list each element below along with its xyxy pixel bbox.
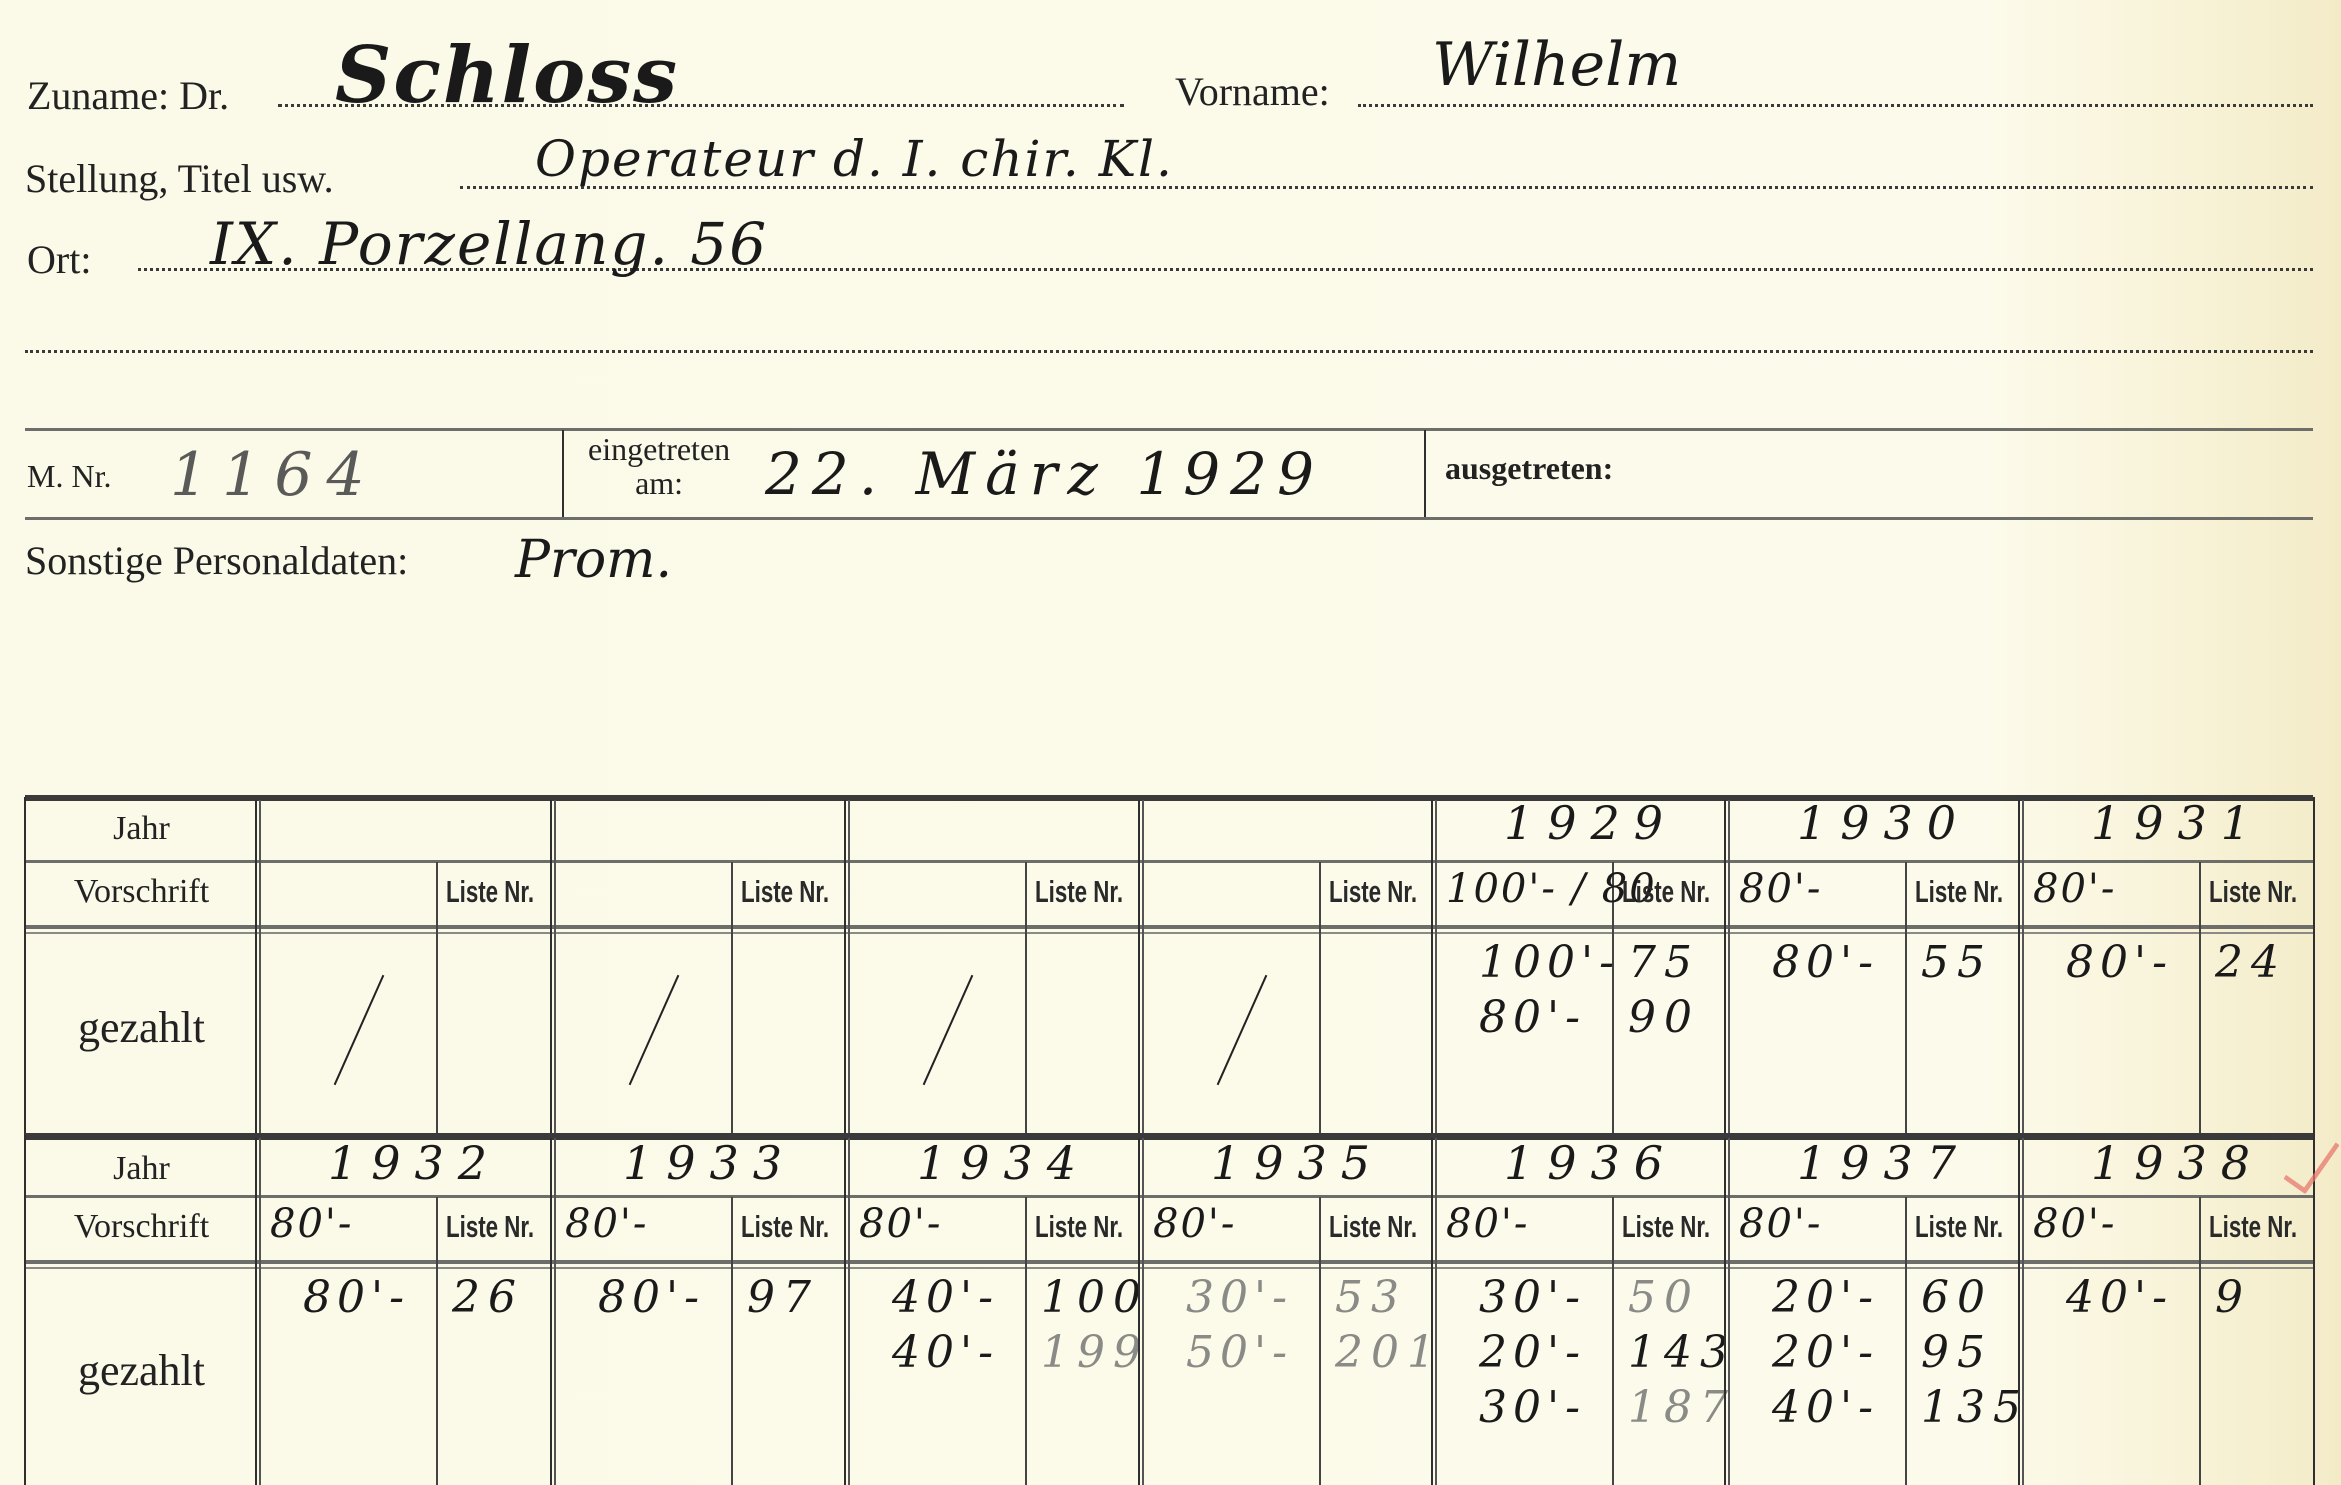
list-number-header: Liste Nr. (1915, 1209, 2003, 1245)
position-value[interactable]: Operateur d. I. chir. Kl. (535, 130, 1174, 188)
list-number-value[interactable]: 100 (1041, 1272, 1149, 1323)
table-rule-year (25, 860, 2313, 863)
prescribed-value[interactable]: 80'- (565, 1201, 648, 1247)
member-row-divider-2 (1424, 430, 1426, 518)
list-column-divider (2199, 1197, 2201, 1485)
row-label-year: Jahr (25, 810, 258, 848)
table-rule-prescribed-inner (25, 1267, 2313, 1269)
crossed-out-slash (629, 975, 680, 1085)
list-number-header: Liste Nr. (446, 1209, 534, 1245)
joined-value[interactable]: 22. März 1929 (765, 440, 1324, 508)
prescribed-value[interactable]: 80'- (270, 1201, 353, 1247)
year-value[interactable]: 1936 (1504, 1136, 1677, 1190)
paid-amount[interactable]: 80'- (1479, 992, 1586, 1043)
year-value[interactable]: 1929 (1504, 796, 1677, 850)
paid-amount[interactable]: 40'- (892, 1327, 999, 1378)
year-value[interactable]: 1932 (328, 1136, 501, 1190)
table-rule-prescribed (25, 925, 2313, 929)
list-number-header: Liste Nr. (1035, 1209, 1123, 1245)
paid-amount[interactable]: 80'- (598, 1272, 705, 1323)
paid-amount[interactable]: 80'- (1772, 937, 1879, 988)
prescribed-value[interactable]: 80'- (2033, 866, 2116, 912)
list-column-divider (436, 862, 438, 1135)
paid-amount[interactable]: 30'- (1479, 1382, 1586, 1433)
group-divider (1138, 800, 1144, 1135)
place-value[interactable]: IX. Porzellang. 56 (210, 210, 768, 278)
list-number-header: Liste Nr. (741, 874, 829, 910)
list-column-divider (1319, 862, 1321, 1135)
year-value[interactable]: 1933 (623, 1136, 796, 1190)
year-value[interactable]: 1934 (917, 1136, 1090, 1190)
list-number-value[interactable]: 9 (2215, 1272, 2251, 1323)
joined-label: eingetreten am: (588, 432, 730, 500)
row-label-prescribed: Vorschrift (25, 1208, 258, 1246)
list-number-header: Liste Nr. (2209, 1209, 2297, 1245)
paid-amount[interactable]: 20'- (1772, 1272, 1879, 1323)
joined-label-line1: eingetreten (588, 432, 730, 466)
group-divider (1431, 1138, 1437, 1485)
list-number-value[interactable]: 53 (1335, 1272, 1407, 1323)
firstname-label: Vorname: (1175, 68, 1330, 115)
left-label: ausgetreten: (1445, 450, 1613, 487)
paid-amount[interactable]: 40'- (1772, 1382, 1879, 1433)
year-value[interactable]: 1935 (1211, 1136, 1384, 1190)
paid-amount[interactable]: 50'- (1186, 1327, 1293, 1378)
list-column-divider (1025, 1197, 1027, 1485)
list-column-divider (1905, 1197, 1907, 1485)
group-divider (844, 1138, 850, 1485)
list-number-value[interactable]: 90 (1628, 992, 1700, 1043)
list-number-value[interactable]: 95 (1921, 1327, 1993, 1378)
other-value[interactable]: Prom. (515, 530, 672, 590)
firstname-line (1358, 104, 2313, 107)
paid-amount[interactable]: 100'- (1479, 937, 1620, 988)
list-number-header: Liste Nr. (2209, 874, 2297, 910)
list-number-header: Liste Nr. (1622, 874, 1710, 910)
list-number-header: Liste Nr. (1329, 1209, 1417, 1245)
list-column-divider (1905, 862, 1907, 1135)
member-no-label: M. Nr. (27, 458, 111, 495)
member-row-bottom-rule (25, 517, 2313, 520)
list-number-value[interactable]: 24 (2215, 937, 2287, 988)
list-number-header: Liste Nr. (1329, 874, 1417, 910)
list-number-header: Liste Nr. (446, 874, 534, 910)
paid-amount[interactable]: 40'- (2066, 1272, 2173, 1323)
joined-label-line2: am: (588, 466, 730, 500)
group-divider (255, 800, 261, 1135)
group-divider (1431, 800, 1437, 1135)
group-divider (255, 1138, 261, 1485)
blank-line (25, 350, 2313, 353)
paid-amount[interactable]: 80'- (303, 1272, 410, 1323)
group-divider (1724, 800, 1730, 1135)
member-row-top-rule (25, 428, 2313, 431)
list-column-divider (731, 1197, 733, 1485)
paid-amount[interactable]: 20'- (1479, 1327, 1586, 1378)
group-divider (844, 800, 850, 1135)
table-right-border (2313, 1135, 2315, 1485)
position-label: Stellung, Titel usw. (25, 155, 334, 202)
row-label-paid: gezahlt (25, 1002, 258, 1053)
list-number-value[interactable]: 201 (1335, 1327, 1443, 1378)
year-value[interactable]: 1938 (2091, 1136, 2264, 1190)
list-column-divider (436, 1197, 438, 1485)
list-number-value[interactable]: 55 (1921, 937, 1993, 988)
paid-amount[interactable]: 20'- (1772, 1327, 1879, 1378)
place-label: Ort: (27, 236, 91, 283)
paid-amount[interactable]: 40'- (892, 1272, 999, 1323)
row-label-year: Jahr (25, 1150, 258, 1188)
group-divider (2018, 1138, 2024, 1485)
list-number-header: Liste Nr. (741, 1209, 829, 1245)
year-value[interactable]: 1930 (1797, 796, 1970, 850)
prescribed-value[interactable]: 80'- (2033, 1201, 2116, 1247)
list-number-value[interactable]: 26 (452, 1272, 524, 1323)
list-number-header: Liste Nr. (1035, 874, 1123, 910)
year-value[interactable]: 1931 (2091, 796, 2264, 850)
list-number-value[interactable]: 97 (747, 1272, 819, 1323)
group-divider (2018, 800, 2024, 1135)
other-label: Sonstige Personaldaten: (25, 537, 408, 584)
table-rule-year (25, 1195, 2313, 1198)
list-column-divider (1612, 1197, 1614, 1485)
crossed-out-slash (923, 975, 974, 1085)
list-column-divider (1025, 862, 1027, 1135)
year-value[interactable]: 1937 (1797, 1136, 1970, 1190)
list-number-value[interactable]: 143 (1628, 1327, 1736, 1378)
group-divider (1138, 1138, 1144, 1485)
list-column-divider (731, 862, 733, 1135)
member-row-divider-1 (562, 430, 564, 518)
list-number-value[interactable]: 75 (1628, 937, 1700, 988)
prescribed-value[interactable]: 80'- (1739, 1201, 1822, 1247)
table-rule-prescribed (25, 1260, 2313, 1264)
list-number-value[interactable]: 60 (1921, 1272, 1993, 1323)
list-number-header: Liste Nr. (1622, 1209, 1710, 1245)
list-number-value[interactable]: 199 (1041, 1327, 1149, 1378)
paid-amount[interactable]: 30'- (1186, 1272, 1293, 1323)
list-column-divider (2199, 862, 2201, 1135)
prescribed-value[interactable]: 80'- (859, 1201, 942, 1247)
list-number-value[interactable]: 187 (1628, 1382, 1736, 1433)
list-column-divider (1319, 1197, 1321, 1485)
member-no-value[interactable]: 1164 (170, 440, 379, 510)
surname-value[interactable]: Schloss (335, 30, 679, 121)
paid-amount[interactable]: 80'- (2066, 937, 2173, 988)
table-rule-prescribed-inner (25, 932, 2313, 934)
prescribed-value[interactable]: 80'- (1446, 1201, 1529, 1247)
group-divider (1724, 1138, 1730, 1485)
row-label-paid: gezahlt (25, 1345, 258, 1396)
surname-label: Zuname: Dr. (27, 72, 229, 119)
list-number-value[interactable]: 135 (1921, 1382, 2029, 1433)
prescribed-value[interactable]: 80'- (1739, 866, 1822, 912)
table-right-border (2313, 797, 2315, 1135)
row-label-prescribed: Vorschrift (25, 873, 258, 911)
list-number-value[interactable]: 50 (1628, 1272, 1700, 1323)
crossed-out-slash (334, 975, 385, 1085)
list-number-header: Liste Nr. (1915, 874, 2003, 910)
group-divider (550, 1138, 556, 1485)
paid-amount[interactable]: 30'- (1479, 1272, 1586, 1323)
firstname-value[interactable]: Wilhelm (1432, 30, 1681, 100)
crossed-out-slash (1217, 975, 1268, 1085)
prescribed-value[interactable]: 80'- (1153, 1201, 1236, 1247)
group-divider (550, 800, 556, 1135)
